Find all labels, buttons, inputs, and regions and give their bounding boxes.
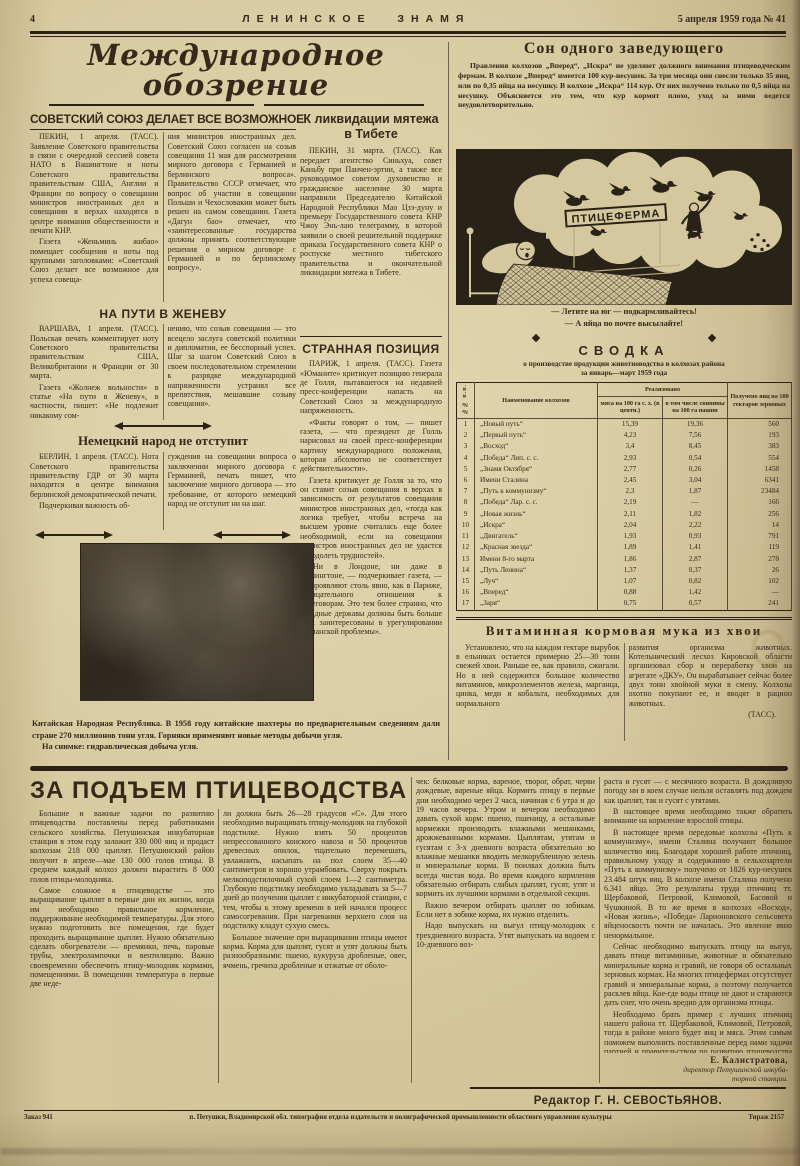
region-divider-rule bbox=[448, 42, 449, 760]
table-cell: 2,04 bbox=[598, 520, 663, 531]
table-header-realized: Реализовано bbox=[598, 383, 728, 396]
table-row: 8„Победа“ Лар. с. с.2,19—166 bbox=[457, 497, 792, 508]
paragraph: Большие и важные задачи по развитию птиц… bbox=[30, 809, 214, 884]
paragraph: В настоящее время необходимо также обрат… bbox=[604, 807, 792, 826]
article-column: БЕРЛИН, 1 апреля. (ТАСС). Нота Советског… bbox=[30, 452, 159, 530]
table-cell: 9 bbox=[457, 509, 475, 520]
imprint-line: Заказ 941 п. Петушки, Владимирской обл. … bbox=[24, 1114, 784, 1121]
table-cell: 12 bbox=[457, 542, 475, 553]
table-cell: „Красная звезда“ bbox=[475, 542, 598, 553]
table-cell: „Вперед“ bbox=[475, 587, 598, 598]
photo-caption: Китайская Народная Республика. В 1958 го… bbox=[30, 718, 442, 752]
article-headline: НА ПУТИ В ЖЕНЕВУ bbox=[30, 307, 296, 321]
table-cell: „Заря“ bbox=[475, 598, 598, 610]
paper-stain bbox=[752, 630, 784, 666]
article-column: ПАРИЖ, 1 апреля. (ТАСС). Газета «Юманите… bbox=[300, 359, 442, 712]
table-cell: 0,57 bbox=[663, 598, 728, 610]
arrow-divider-ornament bbox=[42, 534, 106, 536]
svodka-subtitle-line: о производстве продукции животноводства … bbox=[523, 360, 724, 368]
paragraph: Подчеркивая важность об- bbox=[30, 501, 159, 510]
scan-smudge bbox=[0, 1148, 800, 1155]
article-column: ния министров иностранных дел. Советский… bbox=[168, 132, 297, 302]
masthead-rule bbox=[30, 31, 786, 37]
table-cell: 6 bbox=[457, 475, 475, 486]
table-row: 13Имени 8-го марта1,862,87278 bbox=[457, 554, 792, 565]
paragraph: ПЕКИН, 31 марта. (ТАСС). Как передает аг… bbox=[300, 146, 442, 277]
table-cell: 15 bbox=[457, 576, 475, 587]
table-cell: 2,3 bbox=[598, 486, 663, 497]
ornament-divider bbox=[456, 335, 792, 341]
poultry-last-column: раста и гусят — с месячного возраста. В … bbox=[604, 777, 792, 1083]
article-dream-feuilleton: Сон одного заведующего Правления колхозо… bbox=[456, 40, 792, 330]
table-cell: 1,87 bbox=[663, 486, 728, 497]
table-row: 4„Победа“ Лип. с. с.2,930,54554 bbox=[457, 453, 792, 464]
paragraph: Важно вечером отбирать цыплят по зобикам… bbox=[416, 901, 595, 920]
editor-name: Редактор Г. Н. СЕВОСТЬЯНОВ. bbox=[534, 1095, 722, 1107]
table-cell: 3 bbox=[457, 441, 475, 452]
table-cell: 3,4 bbox=[598, 441, 663, 452]
table-row: 3„Восход“3,48,45383 bbox=[457, 441, 792, 452]
table-cell: 1,89 bbox=[598, 542, 663, 553]
table-header-eggs: Получено яиц на 100 гектаров зерновых bbox=[728, 383, 792, 418]
table-cell: 5 bbox=[457, 464, 475, 475]
table-row: 6Имени Сталина2,453,046341 bbox=[457, 475, 792, 486]
table-row: 14„Путь Ленина“1,370,3726 bbox=[457, 565, 792, 576]
paragraph: ли должна быть 26—28 градусов «С». Для э… bbox=[223, 809, 407, 931]
poultry-article-section: ЗА ПОДЪЕМ ПТИЦЕВОДСТВА Большие и важные … bbox=[30, 777, 792, 1083]
dream-cartoon-illustration: ПТИЦЕФЕРМА bbox=[456, 149, 792, 305]
table-cell: „Искра“ bbox=[475, 520, 598, 531]
article-column: чек: белковые корма, вареное, творог, об… bbox=[416, 777, 595, 1083]
article-column: ПЕКИН, 1 апреля. (ТАСС). Заявление Совет… bbox=[30, 132, 159, 302]
table-cell: 256 bbox=[728, 509, 792, 520]
table-row: 10„Искра“2,042,2214 bbox=[457, 520, 792, 531]
paragraph: (ТАСС). bbox=[629, 710, 793, 719]
table-cell: „Новый путь“ bbox=[475, 418, 598, 430]
arrow-divider-ornament bbox=[121, 425, 205, 427]
paragraph: В настоящее время передовые колхозы «Пут… bbox=[604, 828, 792, 940]
paragraph: ПЕКИН, 1 апреля. (ТАСС). Заявление Совет… bbox=[30, 132, 159, 235]
table-cell: „Первый путь“ bbox=[475, 430, 598, 441]
masthead: 4 ЛЕНИНСКОЕ ЗНАМЯ 5 апреля 1959 года № 4… bbox=[30, 13, 786, 30]
table-cell: Имени Сталина bbox=[475, 475, 598, 486]
table-cell: 26 bbox=[728, 565, 792, 576]
table-cell: 17 bbox=[457, 598, 475, 610]
table-cell: 0,93 bbox=[663, 531, 728, 542]
table-cell: 1,07 bbox=[598, 576, 663, 587]
article-soviet-union: СОВЕТСКИЙ СОЮЗ ДЕЛАЕТ ВСЕ ВОЗМОЖНОЕ ПЕКИ… bbox=[30, 112, 296, 302]
cartoon-caption-line: — А яйца по почте высылайте! bbox=[456, 319, 792, 329]
table-cell: 2 bbox=[457, 430, 475, 441]
print-order: Заказ 941 bbox=[24, 1114, 53, 1121]
caption-text: Китайская Народная Республика. В 1958 го… bbox=[32, 718, 440, 740]
article-headline: К ликвидации мятежа в Тибете bbox=[300, 112, 442, 142]
table-cell: „Путь Ленина“ bbox=[475, 565, 598, 576]
issue-date: 5 апреля 1959 года № 41 bbox=[678, 14, 786, 25]
table-cell: 16 bbox=[457, 587, 475, 598]
article-geneva: НА ПУТИ В ЖЕНЕВУ ВАРШАВА, 1 апреля. (ТАС… bbox=[30, 302, 296, 420]
table-cell: 4,23 bbox=[598, 430, 663, 441]
arrow-divider-ornament bbox=[220, 534, 284, 536]
table-cell: 13 bbox=[457, 554, 475, 565]
column-rule bbox=[218, 809, 219, 1083]
table-cell: 2,45 bbox=[598, 475, 663, 486]
article-headline: СТРАННАЯ ПОЗИЦИЯ bbox=[300, 336, 442, 356]
table-cell: „Восход“ bbox=[475, 441, 598, 452]
table-cell: 14 bbox=[728, 520, 792, 531]
table-cell: 0,88 bbox=[598, 587, 663, 598]
diamond-ornament-icon bbox=[708, 333, 716, 341]
table-cell: 1 bbox=[457, 418, 475, 430]
column-rule bbox=[163, 132, 164, 302]
paragraph: Газета критикует де Голля за то, что он … bbox=[300, 476, 442, 560]
paragraph: Большое значение при выращивании птицы и… bbox=[223, 933, 407, 970]
international-review-section: Международное обозрение СОВЕТСКИЙ СОЮЗ Д… bbox=[30, 40, 442, 764]
table-cell: 278 bbox=[728, 554, 792, 565]
arrow-divider-ornaments bbox=[30, 530, 296, 538]
table-cell: 8,45 bbox=[663, 441, 728, 452]
paragraph: ВАРШАВА, 1 апреля. (ТАСС). Польская печа… bbox=[30, 324, 159, 380]
table-cell: 11 bbox=[457, 531, 475, 542]
table-cell: 8 bbox=[457, 497, 475, 508]
column-rule bbox=[624, 643, 625, 741]
table-header-kolkhoz-name: Наименование колхозов bbox=[475, 383, 598, 418]
article-strange-position: СТРАННАЯ ПОЗИЦИЯ ПАРИЖ, 1 апреля. (ТАСС)… bbox=[300, 334, 442, 712]
table-cell: 560 bbox=[728, 418, 792, 430]
article-svodka: СВОДКА о производстве продукции животнов… bbox=[456, 343, 792, 611]
table-row: 9„Новая жизнь“2,111,82256 bbox=[457, 509, 792, 520]
table-cell: 14 bbox=[457, 565, 475, 576]
article-column: ПЕКИН, 31 марта. (ТАСС). Как передает аг… bbox=[300, 146, 442, 334]
table-cell: 15,39 bbox=[598, 418, 663, 430]
table-cell: 0,54 bbox=[663, 453, 728, 464]
caption-note: На снимке: гидравлическая добыча угля. bbox=[32, 741, 440, 752]
paragraph: Установлено, что на каждом гектаре выруб… bbox=[456, 643, 620, 709]
article-headline: Витаминная кормовая мука из хвои bbox=[456, 623, 792, 639]
coal-mining-photo bbox=[80, 543, 314, 701]
newspaper-title: ЛЕНИНСКОЕ ЗНАМЯ bbox=[242, 13, 470, 25]
table-cell: 6341 bbox=[728, 475, 792, 486]
table-cell: 0,75 bbox=[598, 598, 663, 610]
table-cell: 10 bbox=[457, 520, 475, 531]
paragraph: «Ни в Лондоне, ни даже в Вашингтоне, — п… bbox=[300, 562, 442, 637]
paragraph: суждения на совещании вопроса о заключен… bbox=[168, 452, 297, 508]
feuilleton-intro: Правления колхозов „Вперед“, „Искра“ не … bbox=[458, 61, 790, 145]
table-cell: 102 bbox=[728, 576, 792, 587]
table-row: 2„Первый путь“4,237,56193 bbox=[457, 430, 792, 441]
table-cell: „Знамя Октября“ bbox=[475, 464, 598, 475]
table-cell: 119 bbox=[728, 542, 792, 553]
table-cell: 2,22 bbox=[663, 520, 728, 531]
table-row: 7„Путь к коммунизму“2,31,8723484 bbox=[457, 486, 792, 497]
paragraph: ПАРИЖ, 1 апреля. (ТАСС). Газета «Юманите… bbox=[300, 359, 442, 415]
table-cell: 0,82 bbox=[663, 576, 728, 587]
table-cell: 2,87 bbox=[663, 554, 728, 565]
table-cell: „Победа“ Лип. с. с. bbox=[475, 453, 598, 464]
review-columns: СОВЕТСКИЙ СОЮЗ ДЕЛАЕТ ВСЕ ВОЗМОЖНОЕ ПЕКИ… bbox=[30, 112, 442, 712]
poultry-left-block: ЗА ПОДЪЕМ ПТИЦЕВОДСТВА Большие и важные … bbox=[30, 777, 407, 1083]
svodka-subtitle-line: за январь—март 1959 года bbox=[581, 369, 667, 377]
article-column: ВАРШАВА, 1 апреля. (ТАСС). Польская печа… bbox=[30, 324, 159, 420]
table-cell: 1,86 bbox=[598, 554, 663, 565]
table-cell: „Двигатель“ bbox=[475, 531, 598, 542]
column-rule bbox=[411, 777, 412, 1083]
table-header-number: №№ п.п. bbox=[457, 383, 475, 418]
table-cell: 791 bbox=[728, 531, 792, 542]
table-cell: 241 bbox=[728, 598, 792, 610]
table-cell: 554 bbox=[728, 453, 792, 464]
paragraph: БЕРЛИН, 1 апреля. (ТАСС). Нота Советског… bbox=[30, 452, 159, 499]
table-cell: 2,77 bbox=[598, 464, 663, 475]
article-column: Установлено, что на каждом гектаре выруб… bbox=[456, 643, 620, 741]
article-tibet: К ликвидации мятежа в Тибете ПЕКИН, 31 м… bbox=[300, 112, 442, 334]
table-cell: — bbox=[728, 587, 792, 598]
table-cell: 3,04 bbox=[663, 475, 728, 486]
table-cell: 1,42 bbox=[663, 587, 728, 598]
article-column: Большие и важные задачи по развитию птиц… bbox=[30, 809, 214, 1083]
paragraph: Газета «Жолнеж вольности» в статье «На п… bbox=[30, 383, 159, 420]
page-number: 4 bbox=[30, 14, 35, 25]
article-column: суждения на совещании вопроса о заключен… bbox=[168, 452, 297, 530]
table-cell: 1,37 bbox=[598, 565, 663, 576]
paragraph: ния министров иностранных дел. Советский… bbox=[168, 132, 297, 272]
table-cell: Имени 8-го марта bbox=[475, 554, 598, 565]
table-header-meat: мяса на 100 га с. х. (в центн.) bbox=[598, 396, 663, 418]
scan-edge-shadow bbox=[792, 0, 800, 1166]
table-cell: 1,41 bbox=[663, 542, 728, 553]
table-row: 15„Луч“1,070,82102 bbox=[457, 576, 792, 587]
section-divider-bar bbox=[30, 766, 788, 771]
diamond-ornament-icon bbox=[532, 333, 540, 341]
caption-lead: Китайская Народная Республика. bbox=[32, 719, 162, 728]
column-rule bbox=[163, 324, 164, 420]
table-row: 12„Красная звезда“1,891,41119 bbox=[457, 542, 792, 553]
svodka-subtitle: о производстве продукции животноводства … bbox=[456, 360, 792, 379]
review-third-column: К ликвидации мятежа в Тибете ПЕКИН, 31 м… bbox=[300, 112, 442, 712]
signature-role: директор Петушинской инкуба- bbox=[604, 1065, 788, 1074]
right-region: Сон одного заведующего Правления колхозо… bbox=[456, 40, 792, 764]
table-cell: 0,37 bbox=[663, 565, 728, 576]
table-cell: 166 bbox=[728, 497, 792, 508]
paragraph: нению, что созыв совещания — это всецело… bbox=[168, 324, 297, 408]
paragraph: Сейчас необходимо выпускать птицу на выг… bbox=[604, 942, 792, 1008]
table-cell: 19,36 bbox=[663, 418, 728, 430]
review-left-columns: СОВЕТСКИЙ СОЮЗ ДЕЛАЕТ ВСЕ ВОЗМОЖНОЕ ПЕКИ… bbox=[30, 112, 296, 712]
table-cell: 2,11 bbox=[598, 509, 663, 520]
paragraph: «Факты говорят о том, — пишет газета, — … bbox=[300, 418, 442, 474]
table-header-pork: в том числе свинины на 100 га пашни bbox=[663, 396, 728, 418]
table-cell: „Победа“ Лар. с. с. bbox=[475, 497, 598, 508]
table-cell: 1,82 bbox=[663, 509, 728, 520]
paragraph: раста и гусят — с месячного возраста. В … bbox=[604, 777, 792, 805]
newspaper-page: 4 ЛЕНИНСКОЕ ЗНАМЯ 5 апреля 1959 года № 4… bbox=[0, 0, 800, 1166]
printing-house: п. Петушки, Владимирской обл. типография… bbox=[53, 1114, 748, 1121]
paragraph: чек: белковые корма, вареное, творог, об… bbox=[416, 777, 595, 899]
table-cell: 4 bbox=[457, 453, 475, 464]
cartoon-caption-line: — Летите на юг — подкармливайтесь! bbox=[456, 307, 792, 317]
table-cell: 193 bbox=[728, 430, 792, 441]
paragraph: Надо выпускать на выгул птицу-молодняк с… bbox=[416, 921, 595, 949]
livestock-summary-table: №№ п.п. Наименование колхозов Реализован… bbox=[456, 382, 792, 610]
table-cell: 23484 bbox=[728, 486, 792, 497]
table-cell: — bbox=[663, 497, 728, 508]
circulation: Тираж 2157 bbox=[748, 1114, 784, 1121]
article-signature: Е. Калистратова, директор Петушинской ин… bbox=[604, 1053, 792, 1083]
signature-role: торной станции. bbox=[604, 1074, 788, 1083]
table-row: 11„Двигатель“1,930,93791 bbox=[457, 531, 792, 542]
table-cell: 2,93 bbox=[598, 453, 663, 464]
table-row: 16„Вперед“0,881,42— bbox=[457, 587, 792, 598]
table-cell: 7,56 bbox=[663, 430, 728, 441]
article-column: раста и гусят — с месячного возраста. В … bbox=[604, 777, 792, 1053]
article-column: ли должна быть 26—28 градусов «С». Для э… bbox=[223, 809, 407, 1083]
footer-rule bbox=[24, 1110, 784, 1111]
paragraph: Газета «Женьминь жибао» помещает сообщен… bbox=[30, 237, 159, 284]
table-row: 17„Заря“0,750,57241 bbox=[457, 598, 792, 610]
table-cell: „Новая жизнь“ bbox=[475, 509, 598, 520]
article-german-people: Немецкий народ не отступит БЕРЛИН, 1 апр… bbox=[30, 430, 296, 530]
article-headline: СОВЕТСКИЙ СОЮЗ ДЕЛАЕТ ВСЕ ВОЗМОЖНОЕ bbox=[30, 112, 296, 130]
article-column: нению, что созыв совещания — это всецело… bbox=[168, 324, 297, 420]
article-headline: Немецкий народ не отступит bbox=[30, 433, 296, 449]
table-row: 5„Знамя Октября“2,770,261458 bbox=[457, 464, 792, 475]
paragraph: Самое сложное в птицеводстве — это выращ… bbox=[30, 886, 214, 989]
table-cell: 0,26 bbox=[663, 464, 728, 475]
table-cell: „Луч“ bbox=[475, 576, 598, 587]
article-headline: Сон одного заведующего bbox=[456, 40, 792, 58]
poultry-headline: ЗА ПОДЪЕМ ПТИЦЕВОДСТВА bbox=[30, 777, 407, 805]
table-cell: 7 bbox=[457, 486, 475, 497]
table-cell: 1,93 bbox=[598, 531, 663, 542]
article-vitamin-flour: Витаминная кормовая мука из хвои Установ… bbox=[456, 617, 792, 741]
table-body: 1„Новый путь“15,3919,365602„Первый путь“… bbox=[457, 418, 792, 610]
title-underline bbox=[30, 104, 442, 107]
table-cell: 1458 bbox=[728, 464, 792, 475]
section-title-international-review: Международное обозрение bbox=[30, 40, 442, 101]
table-cell: 383 bbox=[728, 441, 792, 452]
table-cell: „Путь к коммунизму“ bbox=[475, 486, 598, 497]
table-cell: 2,19 bbox=[598, 497, 663, 508]
editor-line: Редактор Г. Н. СЕВОСТЬЯНОВ. bbox=[470, 1087, 786, 1107]
column-rule bbox=[599, 777, 600, 1083]
svodka-headline: СВОДКА bbox=[456, 343, 792, 358]
column-rule bbox=[163, 452, 164, 530]
signature-name: Е. Калистратова, bbox=[604, 1055, 788, 1065]
table-row: 1„Новый путь“15,3919,36560 bbox=[457, 418, 792, 430]
paragraph: Необходимо брать пример с лучших птичниц… bbox=[604, 1010, 792, 1053]
